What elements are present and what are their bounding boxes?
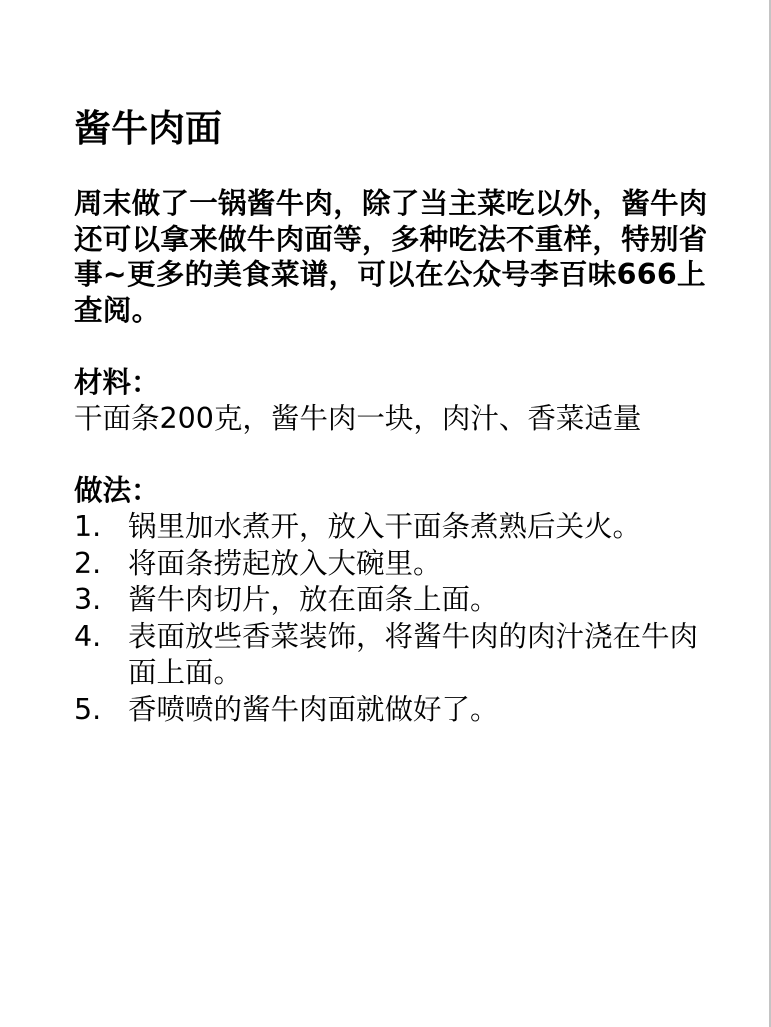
step-text: 表面放些香菜装饰，将酱牛肉的肉汁浇在牛肉面上面。: [128, 619, 714, 692]
recipe-title: 酱牛肉面: [74, 104, 714, 154]
ingredients-heading: 材料：: [74, 365, 714, 401]
step-item: 2. 将面条捞起放入大碗里。: [74, 546, 714, 583]
step-number: 2.: [74, 546, 128, 583]
step-item: 3. 酱牛肉切片，放在面条上面。: [74, 582, 714, 619]
step-number: 1.: [74, 509, 128, 546]
method-heading: 做法：: [74, 473, 714, 509]
recipe-document: 酱牛肉面 周末做了一锅酱牛肉，除了当主菜吃以外，酱牛肉还可以拿来做牛肉面等，多种…: [74, 104, 714, 728]
step-text: 锅里加水煮开，放入干面条煮熟后关火。: [128, 509, 714, 546]
step-item: 5. 香喷喷的酱牛肉面就做好了。: [74, 692, 714, 729]
step-item: 4. 表面放些香菜装饰，将酱牛肉的肉汁浇在牛肉面上面。: [74, 619, 714, 692]
step-number: 4.: [74, 619, 128, 692]
ingredients-text: 干面条200克，酱牛肉一块，肉汁、香菜适量: [74, 401, 714, 437]
method-steps: 1. 锅里加水煮开，放入干面条煮熟后关火。 2. 将面条捞起放入大碗里。 3. …: [74, 509, 714, 728]
step-text: 酱牛肉切片，放在面条上面。: [128, 582, 714, 619]
step-text: 将面条捞起放入大碗里。: [128, 546, 714, 583]
step-item: 1. 锅里加水煮开，放入干面条煮熟后关火。: [74, 509, 714, 546]
recipe-intro: 周末做了一锅酱牛肉，除了当主菜吃以外，酱牛肉还可以拿来做牛肉面等，多种吃法不重样…: [74, 186, 714, 328]
step-text: 香喷喷的酱牛肉面就做好了。: [128, 692, 714, 729]
step-number: 5.: [74, 692, 128, 729]
step-number: 3.: [74, 582, 128, 619]
